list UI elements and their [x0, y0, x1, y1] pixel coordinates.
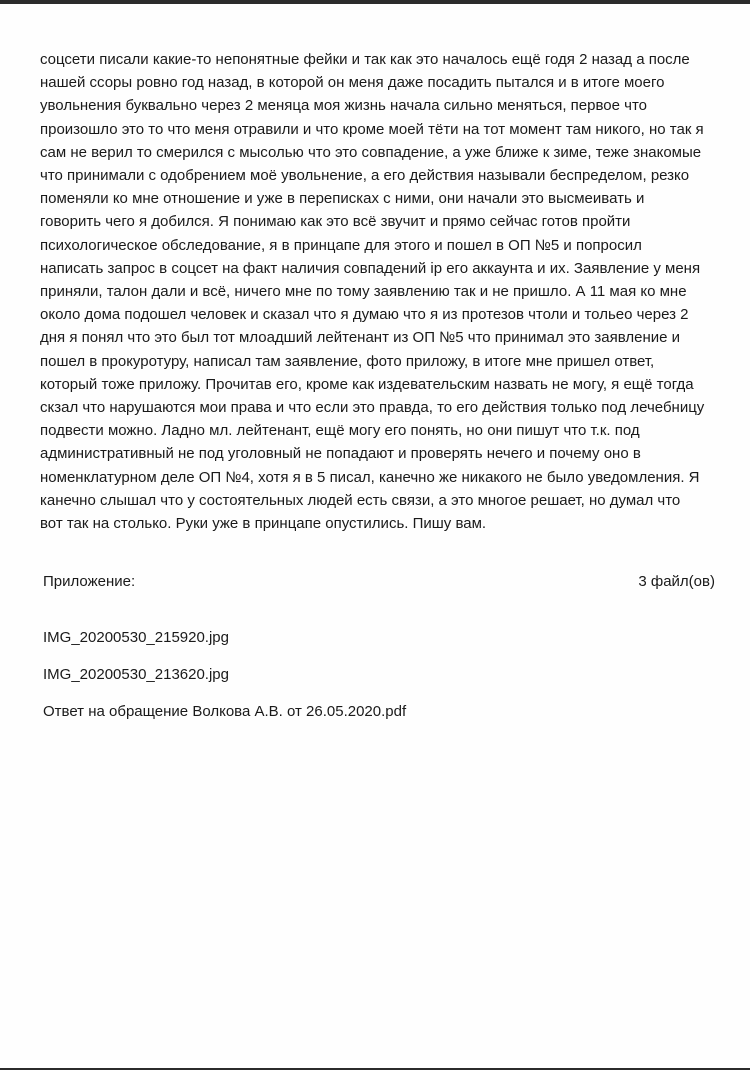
attachment-file[interactable]: IMG_20200530_213620.jpg: [43, 666, 229, 683]
text-line: произошло это то что меня отравили и что…: [40, 118, 720, 141]
text-line: дня я понял что это был тот млоадший лей…: [40, 326, 720, 349]
text-line: написать запрос в соцсет на факт наличия…: [40, 257, 720, 280]
text-line: психологическое обследование, я в принца…: [40, 234, 720, 257]
text-line: канечно слышал что у состоятельных людей…: [40, 489, 720, 512]
text-line: что принимали с одобрением моё увольнени…: [40, 164, 720, 187]
text-line: сам не верил то смерился с мысолью что э…: [40, 141, 720, 164]
attachments-label: Приложение:: [43, 573, 135, 590]
text-line: вот так на столько. Руки уже в принцапе …: [40, 512, 720, 535]
text-line: подвести можно. Ладно мл. лейтенант, ещё…: [40, 419, 720, 442]
text-line: увольнения буквально через 2 меняца моя …: [40, 94, 720, 117]
letter-body: соцсети писали какие-то непонятные фейки…: [40, 48, 720, 535]
text-line: говорить чего я добился. Я понимаю как э…: [40, 210, 720, 233]
text-line: поменяли ко мне отношение и уже в перепи…: [40, 187, 720, 210]
text-line: соцсети писали какие-то непонятные фейки…: [40, 48, 720, 71]
attachment-file[interactable]: Ответ на обращение Волкова А.В. от 26.05…: [43, 703, 406, 720]
text-line: который тоже приложу. Прочитав его, кром…: [40, 373, 720, 396]
text-line: около дома подошел человек и сказал что …: [40, 303, 720, 326]
top-border: [0, 0, 750, 4]
text-line: номенклатурном деле ОП №4, хотя я в 5 пи…: [40, 466, 720, 489]
text-line: скзал что нарушаются мои права и что есл…: [40, 396, 720, 419]
text-line: приняли, талон дали и всё, ничего мне по…: [40, 280, 720, 303]
text-line: пошел в прокуротуру, написал там заявлен…: [40, 350, 720, 373]
text-line: административный не под уголовный не поп…: [40, 442, 720, 465]
text-line: нашей ссоры ровно год назад, в которой о…: [40, 71, 720, 94]
attachment-file[interactable]: IMG_20200530_215920.jpg: [43, 629, 229, 646]
attachments-count: 3 файл(ов): [638, 573, 715, 590]
